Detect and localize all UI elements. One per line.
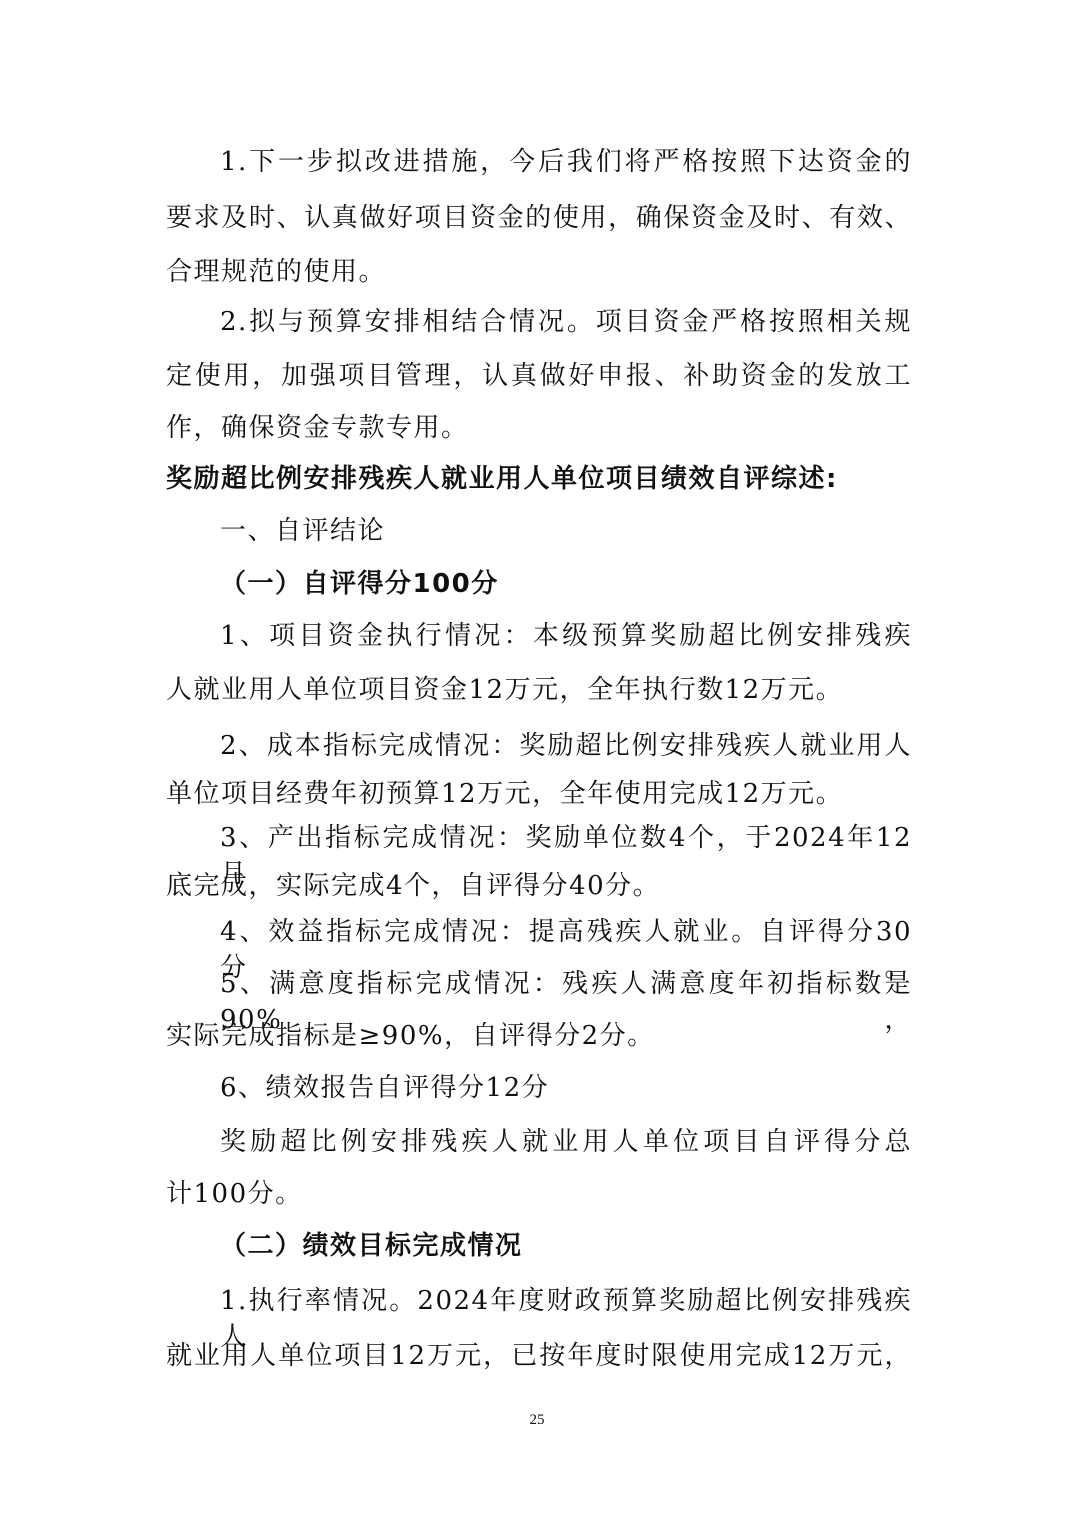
paragraph-line: 1.下一步拟改进措施，今后我们将严格按照下达资金的 <box>220 144 912 180</box>
paragraph-line: 定使用，加强项目管理，认真做好申报、补助资金的发放工 <box>166 358 912 394</box>
paragraph-line: 单位项目经费年初预算12万元，全年使用完成12万元。 <box>166 776 912 812</box>
document-page: 1.下一步拟改进措施，今后我们将严格按照下达资金的要求及时、认真做好项目资金的使… <box>0 0 1074 1520</box>
section-heading: （二）绩效目标完成情况 <box>220 1228 912 1264</box>
paragraph-line: 实际完成指标是≥90%，自评得分2分。 <box>166 1018 912 1054</box>
paragraph-line: 人就业用人单位项目资金12万元，全年执行数12万元。 <box>166 672 912 708</box>
paragraph-line: 作，确保资金专款专用。 <box>166 410 912 446</box>
paragraph-line: 一、自评结论 <box>220 513 912 549</box>
page-number: 25 <box>0 1412 1074 1429</box>
paragraph-line: 底完成，实际完成4个，自评得分40分。 <box>166 868 912 904</box>
section-heading: 奖励超比例安排残疾人就业用人单位项目绩效自评综述: <box>166 461 912 497</box>
section-heading: （一）自评得分100分 <box>220 566 912 602</box>
paragraph-line: 计100分。 <box>166 1176 912 1212</box>
paragraph-line: 要求及时、认真做好项目资金的使用，确保资金及时、有效、 <box>166 200 912 236</box>
paragraph-line: 1、项目资金执行情况：本级预算奖励超比例安排残疾 <box>220 618 912 654</box>
paragraph-line: 2.拟与预算安排相结合情况。项目资金严格按照相关规 <box>220 304 912 340</box>
paragraph-line: 奖励超比例安排残疾人就业用人单位项目自评得分总 <box>220 1124 912 1160</box>
paragraph-line: 2、成本指标完成情况：奖励超比例安排残疾人就业用人 <box>220 728 912 764</box>
paragraph-line: 就业用人单位项目12万元，已按年度时限使用完成12万元， <box>166 1338 912 1374</box>
paragraph-line: 合理规范的使用。 <box>166 254 912 290</box>
paragraph-line: 6、绩效报告自评得分12分 <box>220 1070 912 1106</box>
